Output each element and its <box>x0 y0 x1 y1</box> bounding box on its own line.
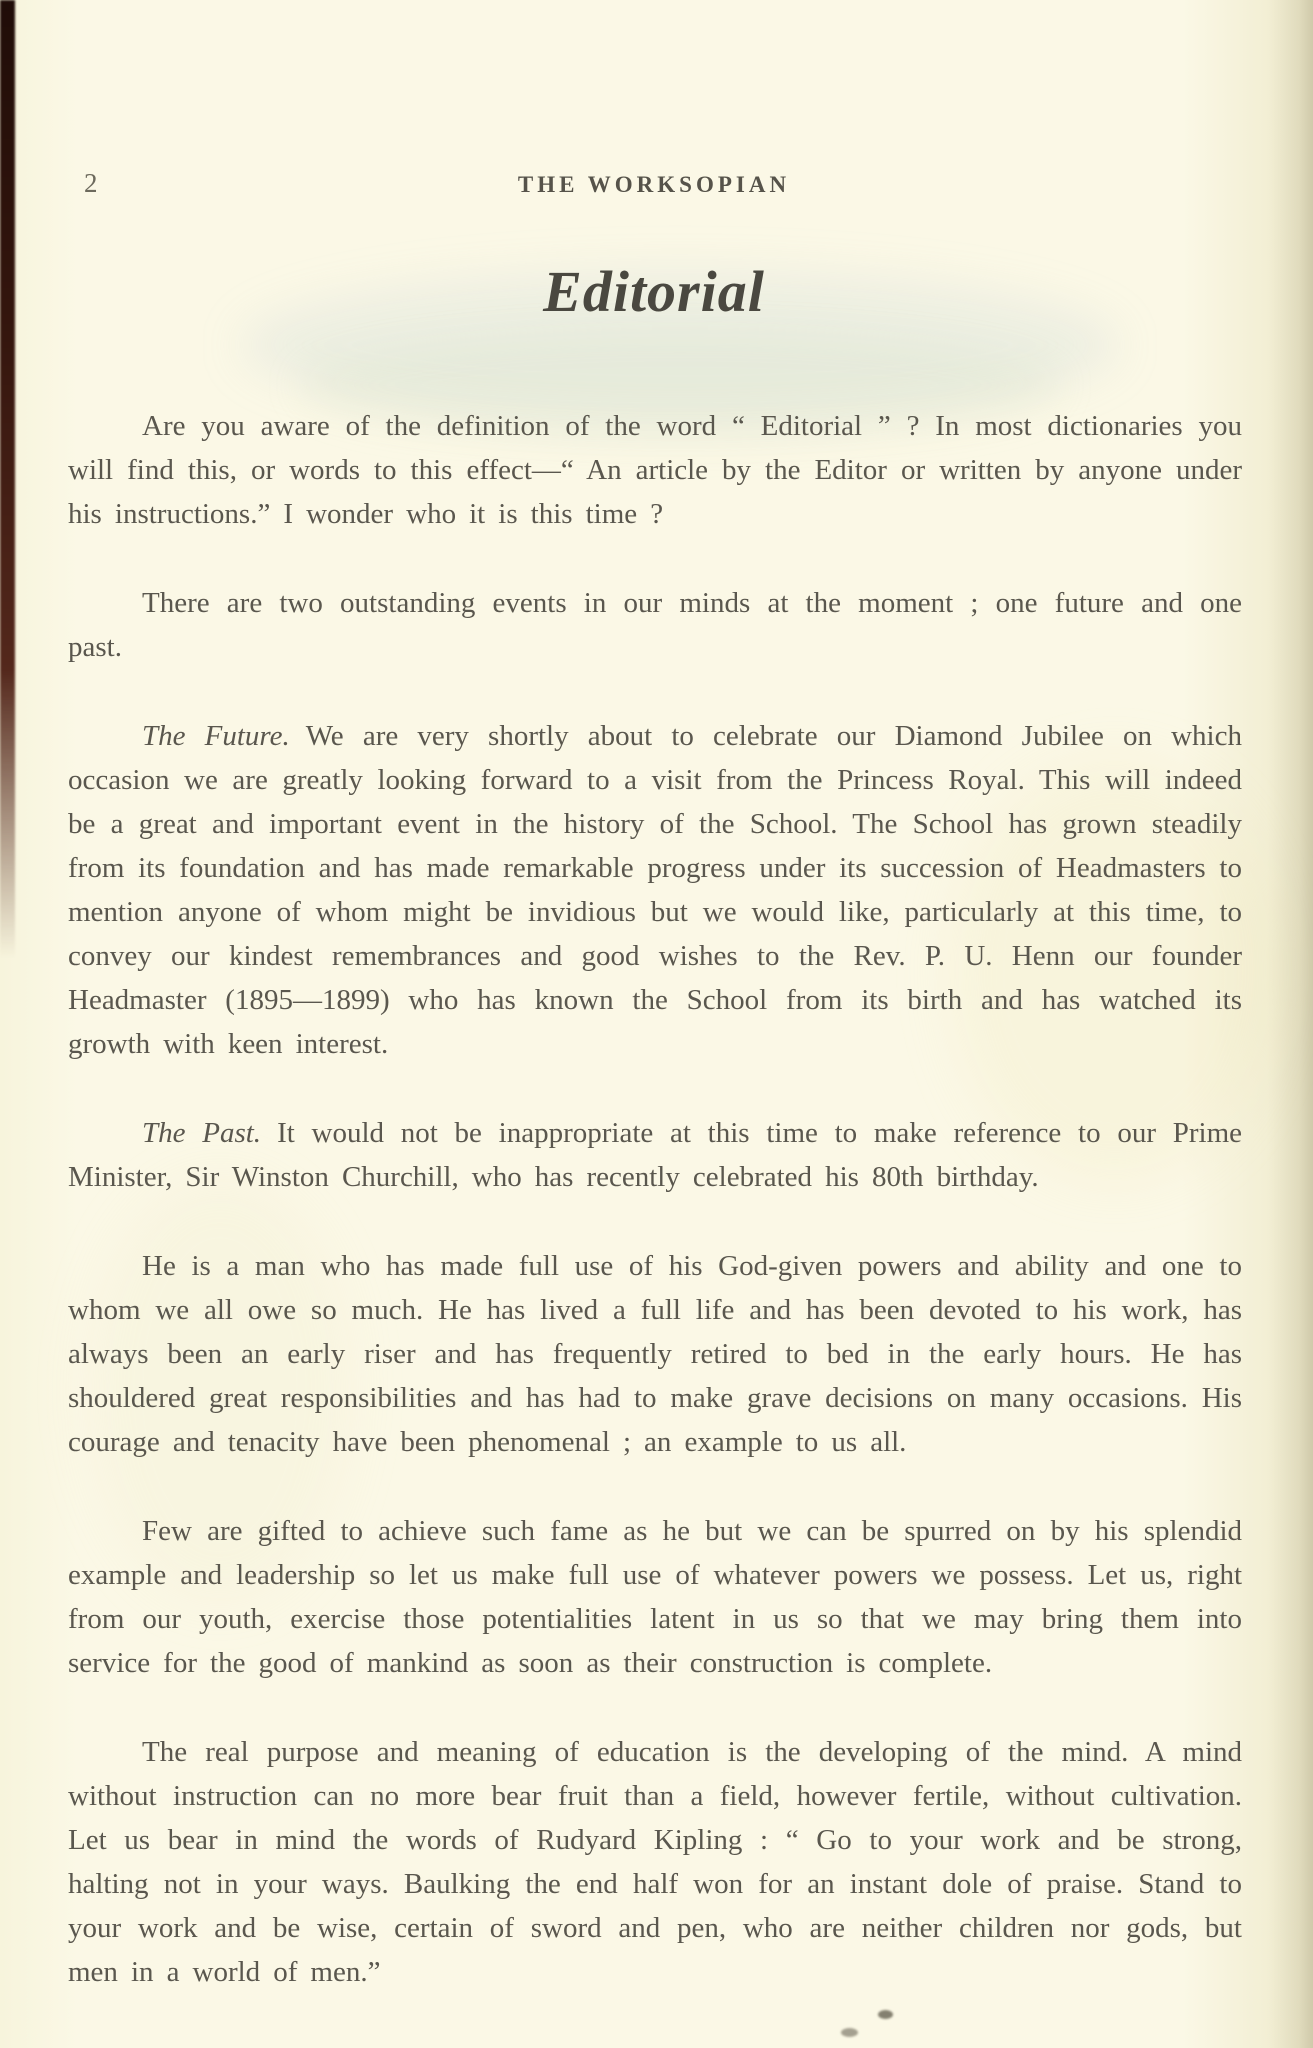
binding-shadow <box>0 0 15 958</box>
scanned-page: 2 THE WORKSOPIAN Editorial Are you aware… <box>0 0 1313 2048</box>
paragraph-churchill: He is a man who has made full use of his… <box>68 1244 1242 1464</box>
paragraph-text: Few are gifted to achieve such fame as h… <box>68 1515 1242 1679</box>
paragraph-two-events: There are two outstanding events in our … <box>68 581 1242 669</box>
paragraph-the-past: The Past.It would not be inappropriate a… <box>68 1111 1242 1199</box>
paragraph-education: The real purpose and meaning of educatio… <box>68 1730 1242 1994</box>
article-body: Are you aware of the definition of the w… <box>68 404 1242 2039</box>
scan-speck <box>878 2010 893 2019</box>
paragraph-lead: The Past. <box>142 1117 261 1149</box>
article-title: Editorial <box>68 258 1240 325</box>
page-edge-shadow <box>1267 0 1313 2048</box>
paragraph-lead: The Future. <box>142 720 290 752</box>
paragraph-definition: Are you aware of the definition of the w… <box>68 404 1242 536</box>
paragraph-text: Are you aware of the definition of the w… <box>68 410 1242 530</box>
paragraph-text: He is a man who has made full use of his… <box>68 1250 1242 1458</box>
paragraph-text: There are two outstanding events in our … <box>68 587 1242 663</box>
running-head: THE WORKSOPIAN <box>68 172 1240 198</box>
paragraph-text: We are very shortly about to celebrate o… <box>68 720 1242 1060</box>
paragraph-text: The real purpose and meaning of educatio… <box>68 1736 1242 1988</box>
paragraph-example: Few are gifted to achieve such fame as h… <box>68 1509 1242 1685</box>
paragraph-the-future: The Future.We are very shortly about to … <box>68 714 1242 1066</box>
scan-speck <box>841 2028 858 2037</box>
